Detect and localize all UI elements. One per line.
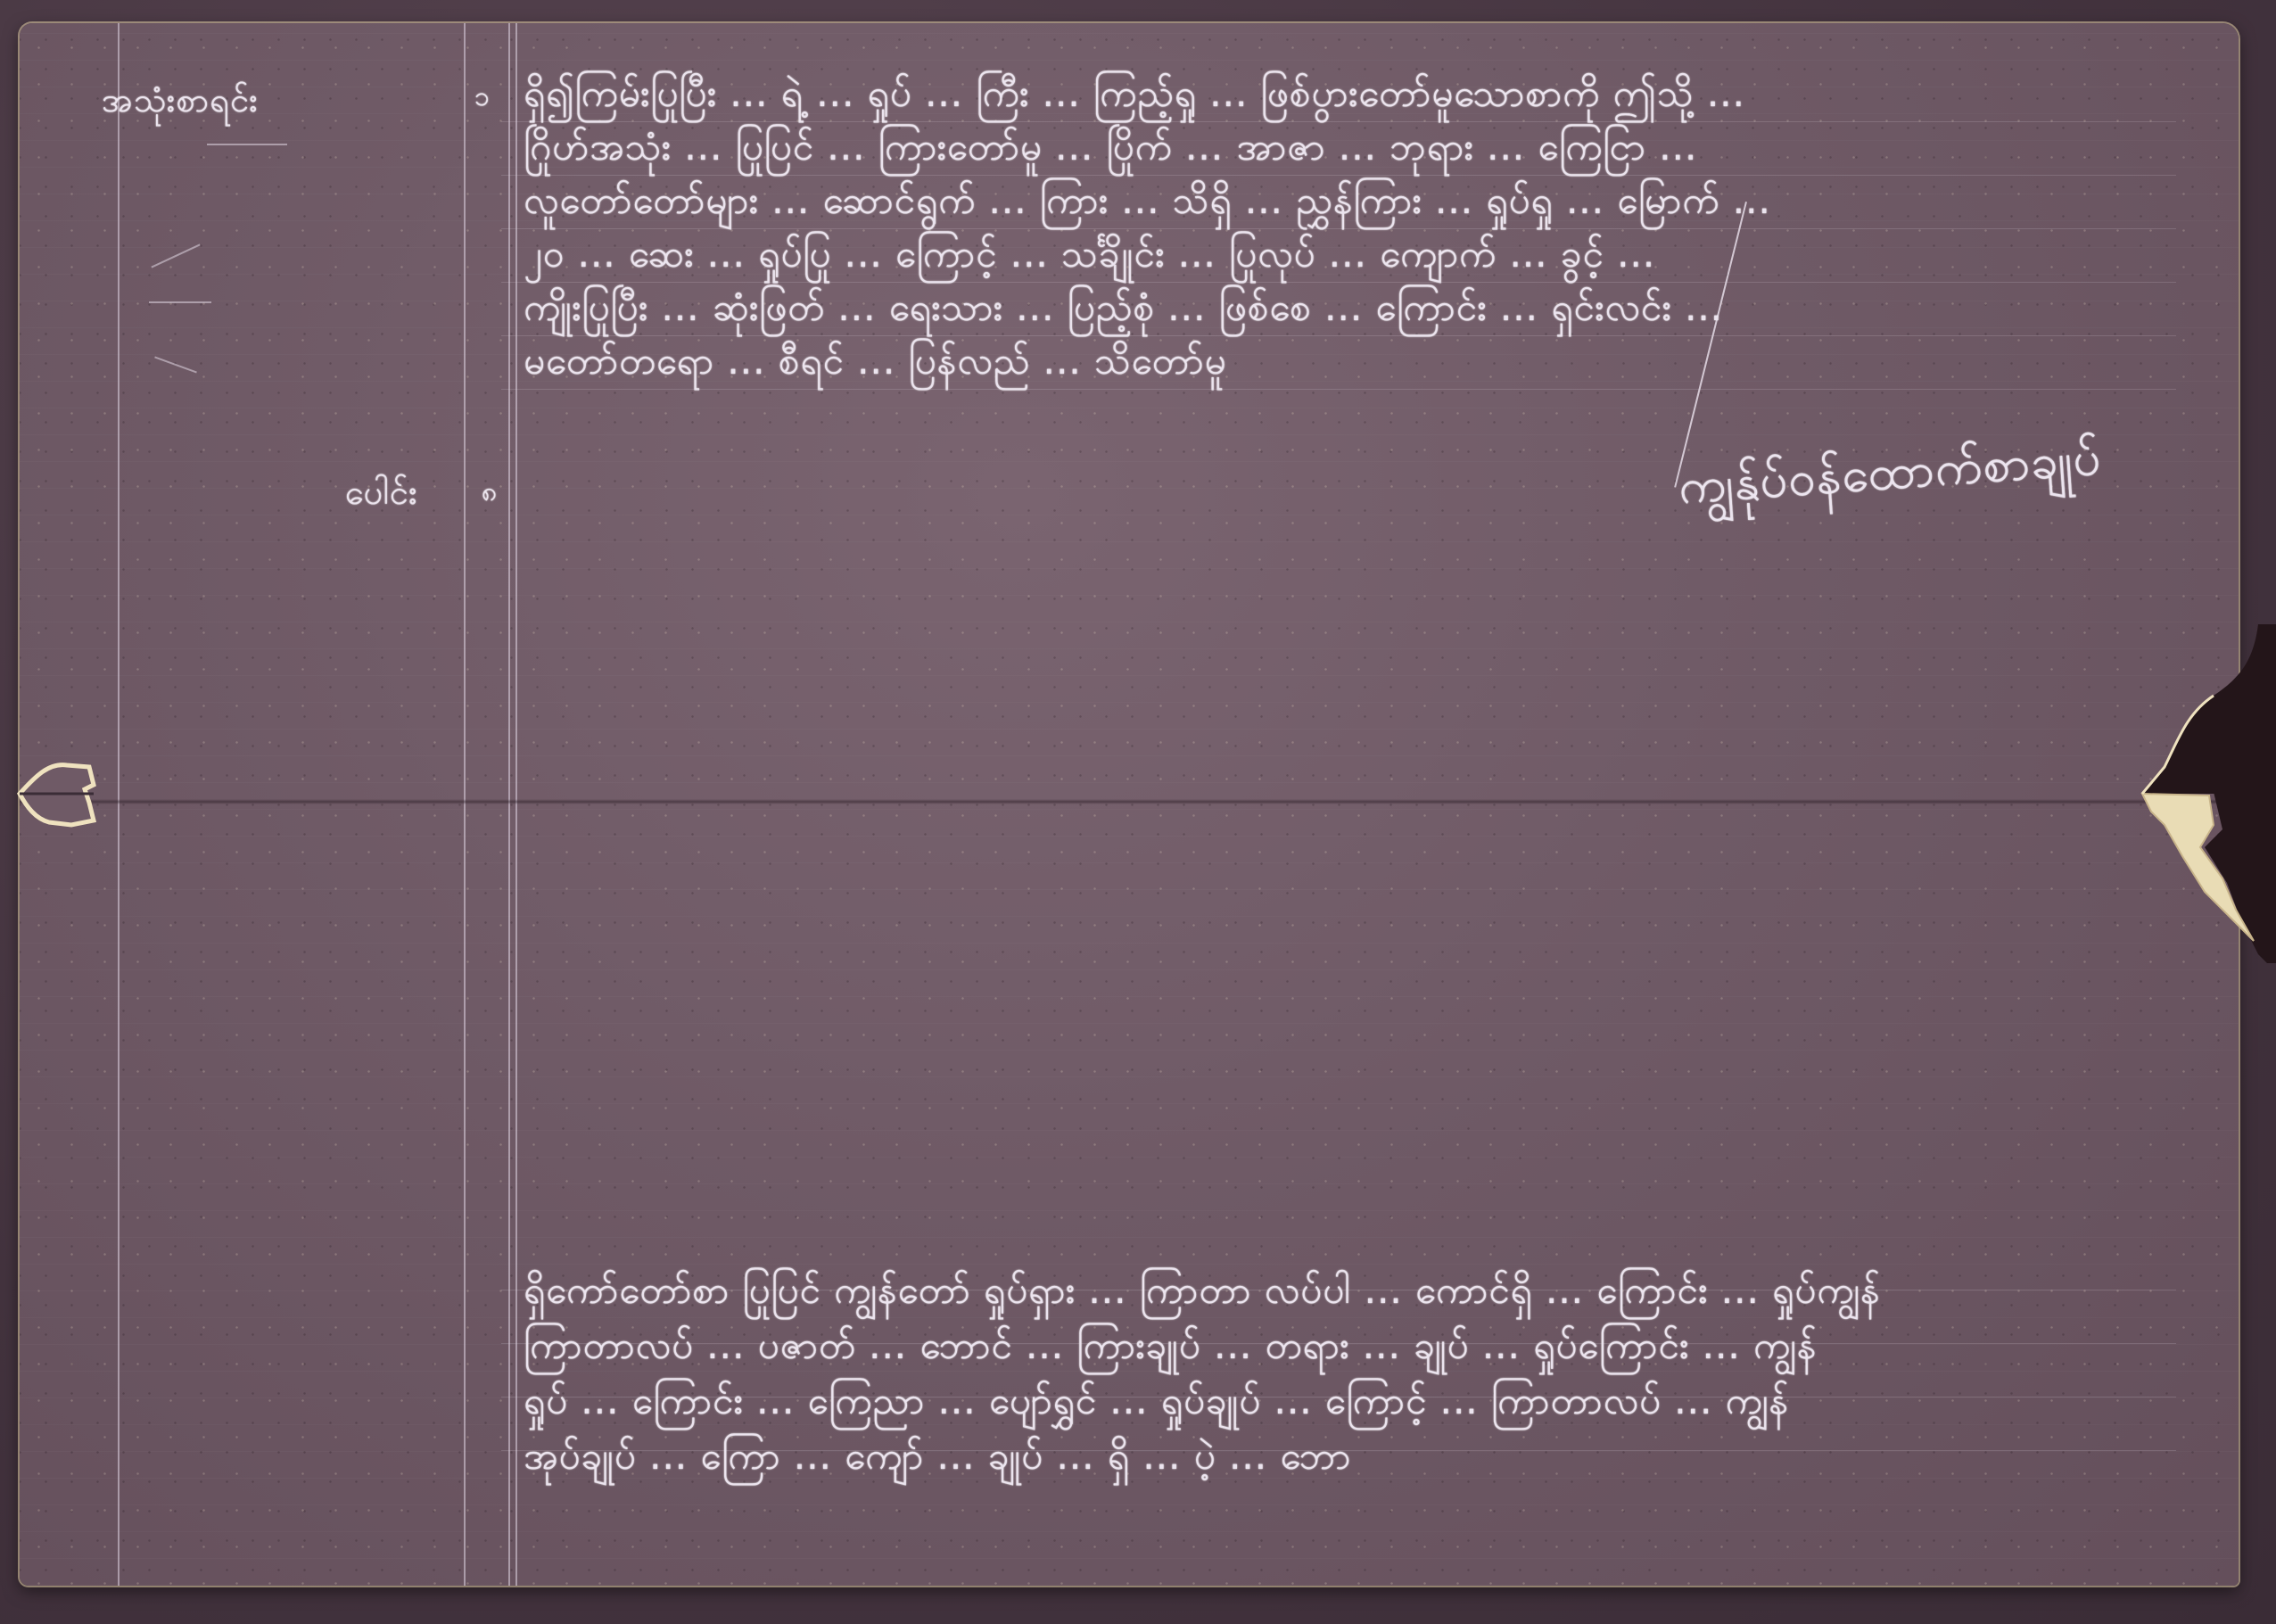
text-line: ရှိ၍ကြမ်းပြုပြီး ... ရဲ့ ... ရှုပ် ... က… xyxy=(524,75,1745,112)
margin-mark xyxy=(149,301,211,303)
text-column-rule-1 xyxy=(508,23,510,1586)
text-line: ဂြိုဟ်အသုံး ... ပြုပြင် ... ကြားတော်မူ .… xyxy=(524,128,1697,166)
signature: ကျွန်ုပ်ဝန်ထောက်စာချုပ် xyxy=(1677,428,2104,528)
number-column-rule xyxy=(464,23,466,1586)
entry-heading: အသုံးစာရင်း xyxy=(102,78,259,128)
margin-mark xyxy=(207,144,287,145)
left-edge-tear xyxy=(0,740,98,847)
signature-stroke xyxy=(1674,202,1747,488)
text-line: ကျိုးပြုပြီး ... ဆုံးဖြတ် ... ရေးသား ...… xyxy=(524,289,1723,326)
left-margin-rule xyxy=(118,23,120,1586)
text-line: မတော်တရော ... စီရင် ... ပြန်လည် ... သိတေ… xyxy=(524,342,1227,380)
text-line: ကြာတာလပ် ... ပဇာတ် ... ဘောင် ... ကြားချု… xyxy=(524,1327,1818,1364)
right-edge-tear xyxy=(2080,624,2276,963)
entry-number: ၁ xyxy=(474,78,491,119)
margin-mark xyxy=(154,357,197,374)
text-line: ၂၀ ... ဆေး ... ရှုပ်ပြု ... ကြောင့် ... … xyxy=(524,235,1655,273)
guide-line xyxy=(501,335,2176,336)
total-value: ၈ xyxy=(482,474,498,514)
guide-line xyxy=(501,228,2176,229)
guide-line xyxy=(501,389,2176,390)
text-line: ရှုပ် ... ကြောင်း ... ကြေညာ ... ပျော်ရွှ… xyxy=(524,1382,1789,1420)
margin-mark xyxy=(151,243,200,268)
fold-crease xyxy=(20,799,2239,804)
text-line: အုပ်ချုပ် ... ကြော ... ကျော် ... ချုပ် .… xyxy=(524,1438,1351,1475)
manuscript-sheet: အသုံးစာရင်း ၁ ပေါင်း ၈ ရှိ၍ကြမ်းပြုပြီး … xyxy=(20,23,2239,1586)
text-column-rule-2 xyxy=(515,23,517,1586)
text-line: ရှိကော်တော်စာ ပြုပြင် ကျွန်တော် ရှုပ်ရှာ… xyxy=(524,1272,1881,1309)
text-line: လူတော်တော်များ ... ဆောင်ရွက် ... ကြား ..… xyxy=(524,182,1771,219)
total-label: ပေါင်း xyxy=(345,471,418,521)
guide-line xyxy=(501,121,2176,122)
guide-line xyxy=(501,282,2176,283)
guide-line xyxy=(501,175,2176,176)
